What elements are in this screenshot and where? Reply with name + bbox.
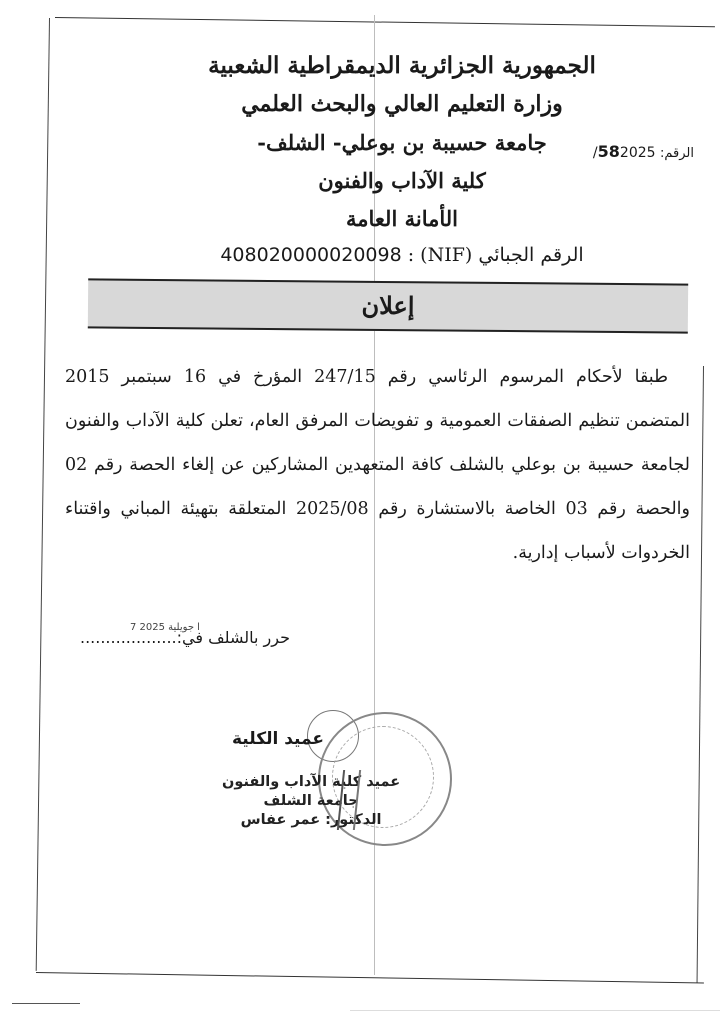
stamp-line-dean: عميد كلية الآداب والفنون bbox=[222, 773, 400, 792]
nif-value: 408020000020098 bbox=[220, 244, 401, 266]
header-secretariat: الأمانة العامة bbox=[40, 206, 724, 231]
footer-rule-long bbox=[350, 1010, 720, 1011]
reference-label: الرقم: bbox=[660, 146, 694, 161]
reference-number: الرقم: 582025/ bbox=[593, 142, 694, 161]
signatory-title: عميد الكلية bbox=[232, 729, 324, 749]
header-faculty: كلية الآداب والفنون bbox=[40, 168, 724, 193]
document-border-left bbox=[36, 18, 50, 971]
announcement-title: إعلان bbox=[88, 288, 688, 322]
nif-label: الرقم الجبائي (NIF) : bbox=[408, 244, 584, 266]
stamp-line-university: جامعة الشلف bbox=[222, 792, 400, 811]
header-ministry: وزارة التعليم العالي والبحث العلمي bbox=[40, 91, 724, 117]
announcement-body: طبقا لأحكام المرسوم الرئاسي رقم 247/15 ا… bbox=[65, 355, 690, 575]
dean-rectangular-stamp: عميد كلية الآداب والفنون جامعة الشلف الد… bbox=[222, 773, 400, 830]
handwritten-date: 7 ا جويلية 2025 bbox=[130, 622, 200, 633]
header-republic: الجمهورية الجزائرية الديمقراطية الشعبية bbox=[40, 52, 724, 79]
document-border-top bbox=[55, 17, 715, 27]
stamp-line-doctor: الدكتور: عمر عفاس bbox=[222, 811, 400, 830]
announcement-paragraph: طبقا لأحكام المرسوم الرئاسي رقم 247/15 ا… bbox=[65, 355, 690, 575]
document-border-bottom bbox=[36, 972, 704, 983]
footer-rule-short bbox=[12, 1003, 80, 1004]
header-nif: الرقم الجبائي (NIF) : 408020000020098 bbox=[40, 244, 724, 266]
document-border-right bbox=[697, 366, 704, 983]
reference-handwritten-number: 58 bbox=[598, 142, 620, 161]
announcement-banner: إعلان bbox=[88, 278, 688, 333]
